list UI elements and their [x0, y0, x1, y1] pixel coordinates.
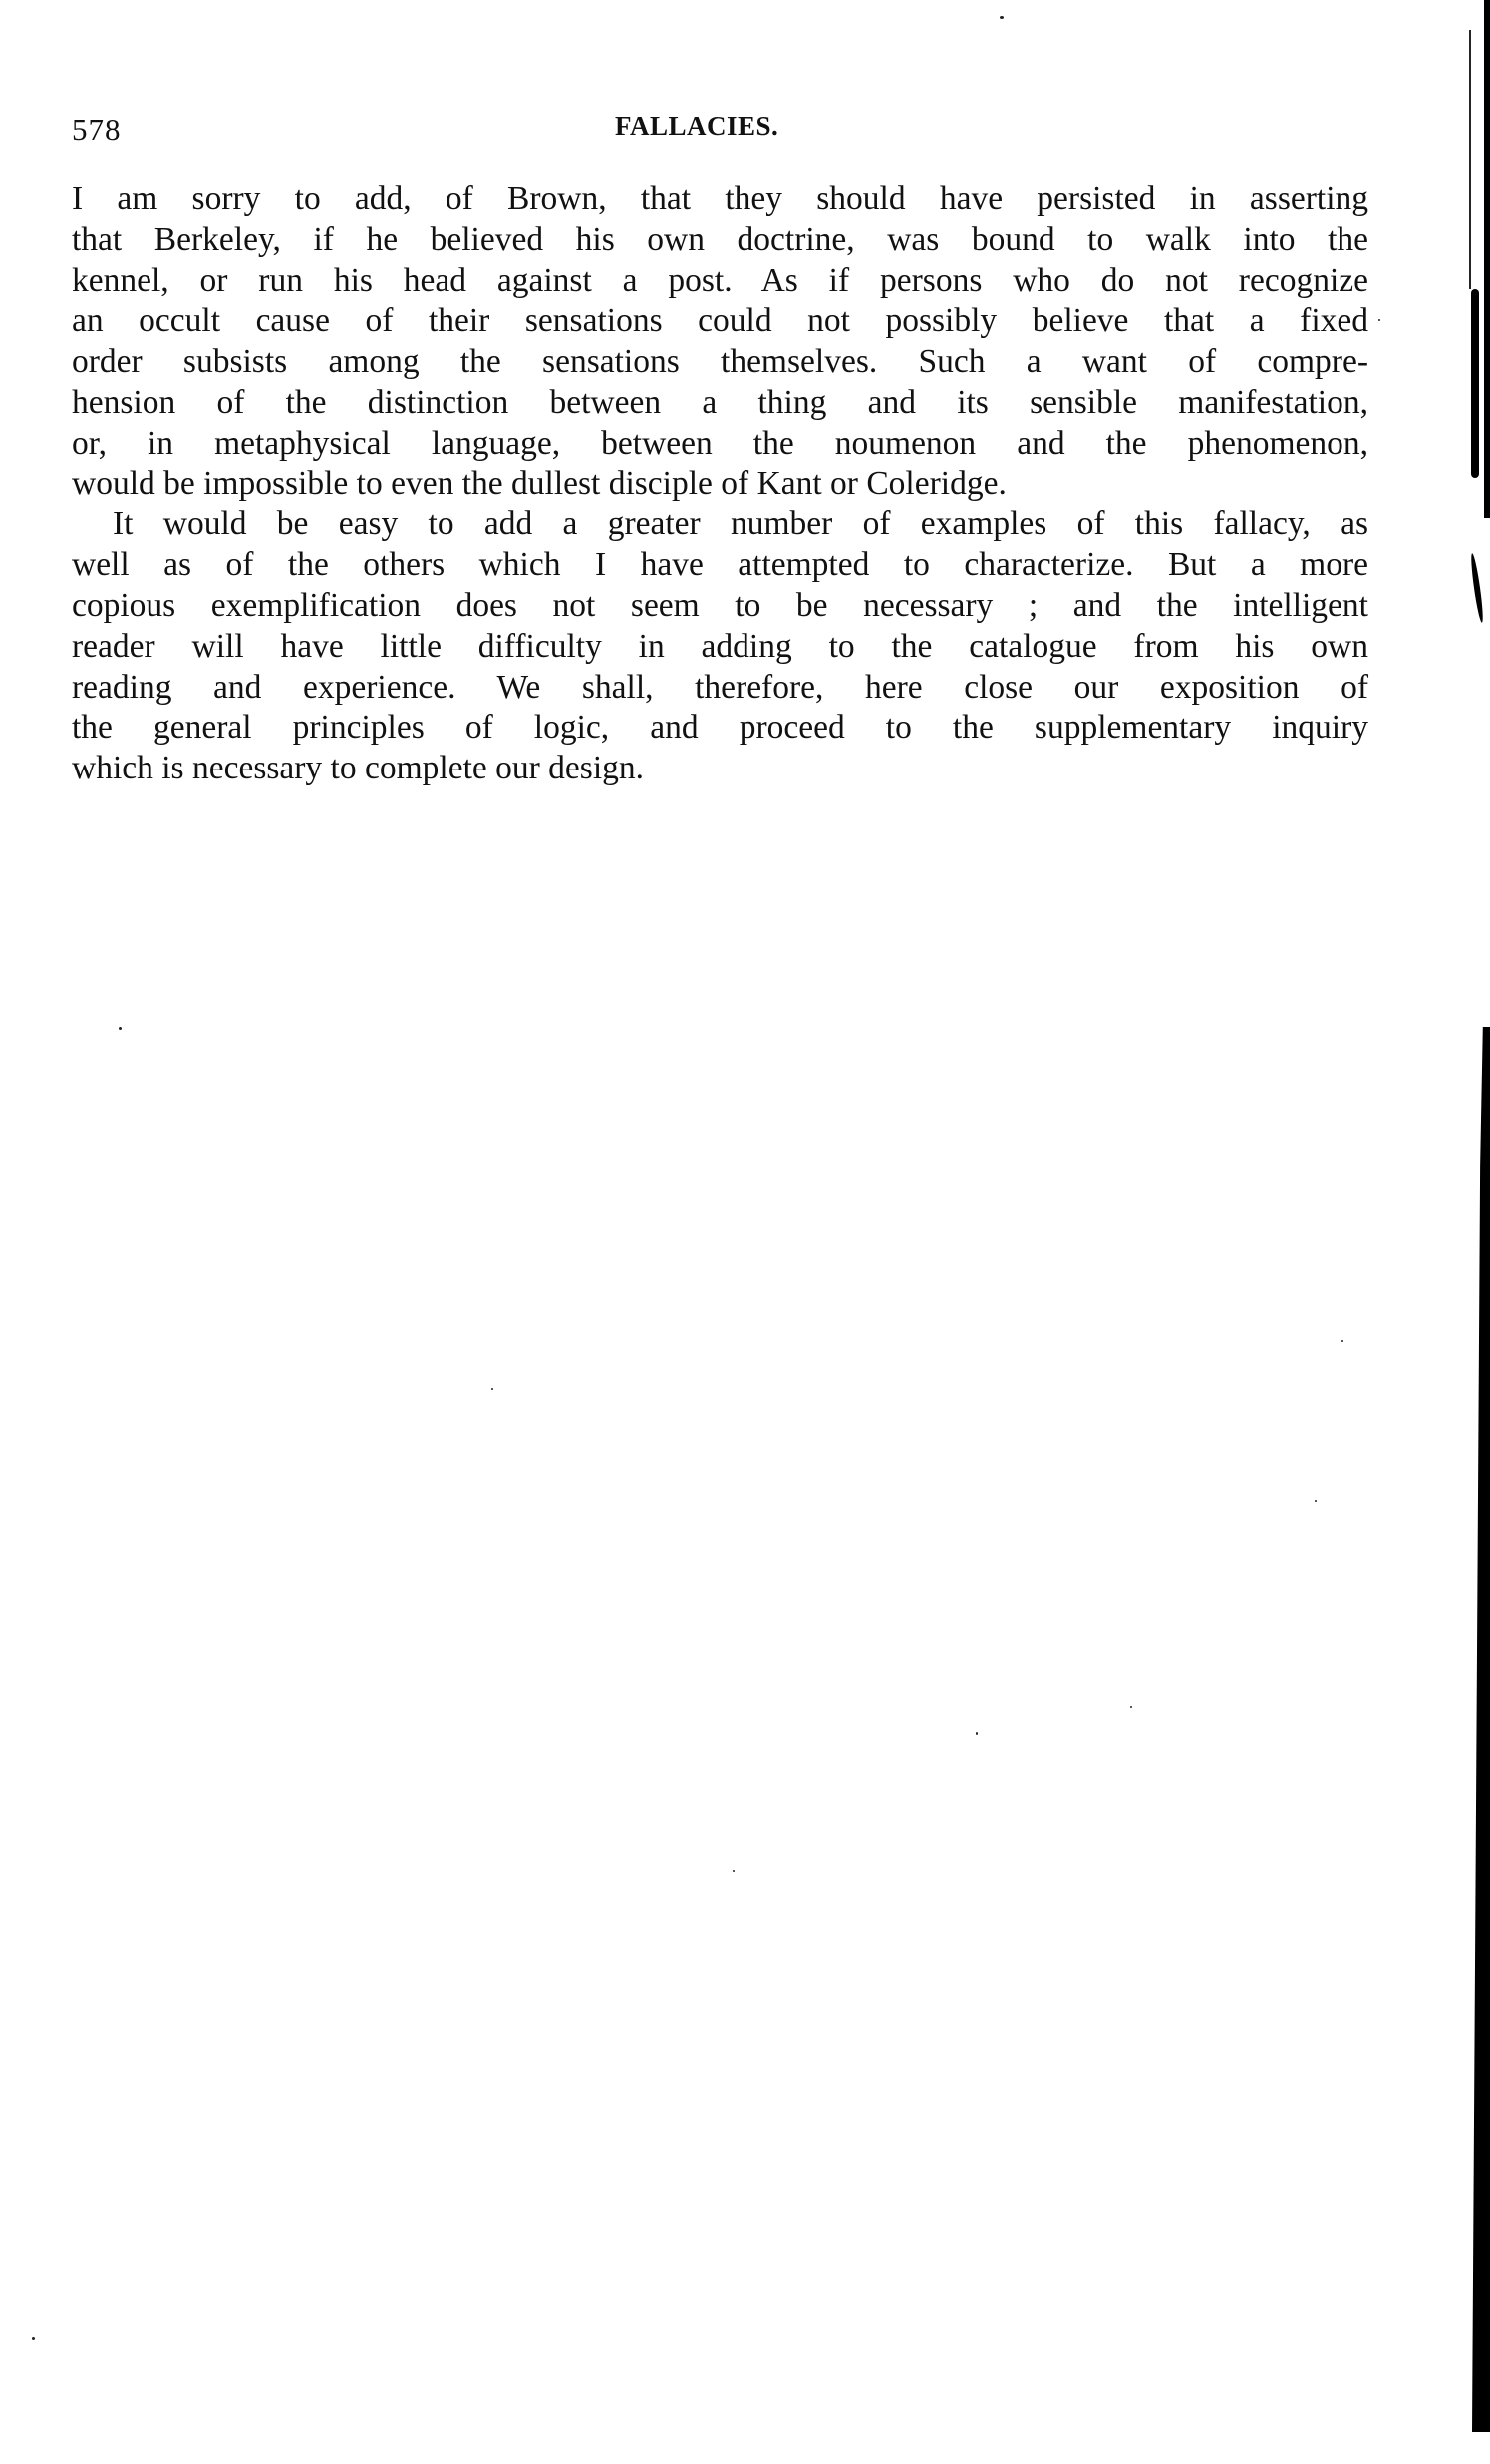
scan-speck	[1315, 1500, 1317, 1502]
text-line: well as of the others which I have attem…	[72, 545, 1368, 586]
page-number: 578	[72, 112, 122, 148]
text-line: copious exemplification does not seem to…	[72, 586, 1368, 627]
scan-edge-binding	[1472, 1027, 1490, 2432]
text-line: an occult cause of their sensations coul…	[72, 301, 1368, 342]
text-line: I am sorry to add, of Brown, that they s…	[72, 179, 1368, 220]
running-title: FALLACIES.	[615, 108, 778, 144]
scan-speck	[1130, 1706, 1132, 1708]
text-line: reading and experience. We shall, theref…	[72, 668, 1368, 709]
paragraph-2: It would be easy to add a greater number…	[72, 504, 1368, 789]
text-line: order subsists among the sensations them…	[72, 342, 1368, 383]
text-line: or, in metaphysical language, between th…	[72, 424, 1368, 464]
scan-speck	[1341, 1340, 1343, 1342]
text-line: reader will have little difficulty in ad…	[72, 627, 1368, 668]
scan-edge-line	[1469, 30, 1471, 289]
scan-edge-smudge	[1471, 289, 1479, 478]
scan-speck	[32, 2337, 35, 2340]
text-line: hension of the distinction between a thi…	[72, 383, 1368, 424]
body-text: I am sorry to add, of Brown, that they s…	[72, 179, 1368, 789]
scan-speck	[119, 1027, 122, 1030]
scanned-book-page: 578 FALLACIES. I am sorry to add, of Bro…	[0, 0, 1490, 2464]
running-head: 578 FALLACIES.	[72, 108, 1368, 148]
scan-edge-shadow	[1484, 0, 1490, 518]
text-line: which is necessary to complete our desig…	[72, 749, 1368, 789]
paragraph-1: I am sorry to add, of Brown, that they s…	[72, 179, 1368, 504]
scan-speck	[976, 1732, 978, 1735]
text-line: kennel, or run his head against a post. …	[72, 261, 1368, 302]
scan-speck	[1378, 319, 1380, 321]
text-line: that Berkeley, if he believed his own do…	[72, 220, 1368, 261]
text-line: would be impossible to even the dullest …	[72, 464, 1368, 505]
scan-speck	[733, 1870, 735, 1872]
scan-speck	[1000, 16, 1004, 19]
scan-speck	[491, 1388, 493, 1390]
scan-edge-blob	[1469, 553, 1485, 623]
text-line: the general principles of logic, and pro…	[72, 708, 1368, 749]
text-line: It would be easy to add a greater number…	[72, 504, 1368, 545]
